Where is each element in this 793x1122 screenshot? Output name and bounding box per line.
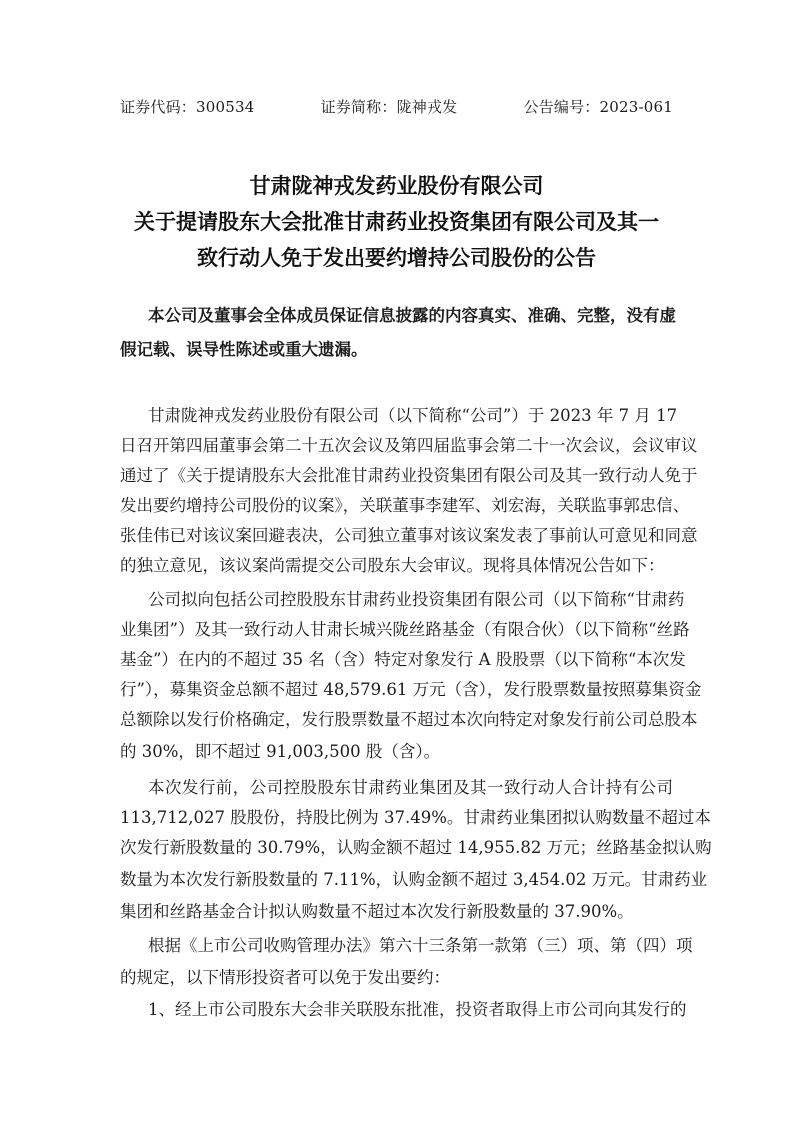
title-line-1: 甘肃陇神戎发药业股份有限公司 <box>0 170 793 200</box>
integrity-notice-line-2: 假记载、误导性陈述或重大遗漏。 <box>120 336 673 360</box>
text-line: 公司拟向包括公司控股股东甘肃药业投资集团有限公司（以下简称“甘肃药 <box>148 586 673 610</box>
stock-code: 证券代码：300534 <box>120 96 254 120</box>
text-line: 集团和丝路基金合计拟认购数量不超过本次发行新股数量的 37.90%。 <box>120 898 673 922</box>
text-line: 113,712,027 股股份，持股比例为 37.49%。甘肃药业集团拟认购数量… <box>120 804 673 828</box>
text-line: 本次发行前，公司控股股东甘肃药业集团及其一致行动人合计持有公司 <box>148 774 673 798</box>
text-line: 通过了《关于提请股东大会批准甘肃药业投资集团有限公司及其一致行动人免于 <box>120 462 673 486</box>
integrity-notice-line-1: 本公司及董事会全体成员保证信息披露的内容真实、准确、完整，没有虚 <box>148 302 673 326</box>
text-line: 1、经上市公司股东大会非关联股东批准，投资者取得上市公司向其发行的 <box>148 996 673 1020</box>
text-line: 甘肃陇神戎发药业股份有限公司（以下简称“公司”）于 2023 年 7 月 17 <box>148 402 673 426</box>
text-line: 根据《上市公司收购管理办法》第六十三条第一款第（三）项、第（四）项 <box>148 932 673 956</box>
title-line-3: 致行动人免于发出要约增持公司股份的公告 <box>0 242 793 272</box>
text-line: 张佳伟已对该议案回避表决，公司独立董事对该议案发表了事前认可意见和同意 <box>120 522 673 546</box>
title-line-2: 关于提请股东大会批准甘肃药业投资集团有限公司及其一 <box>0 206 793 236</box>
text-line: 业集团”）及其一致行动人甘肃长城兴陇丝路基金（有限合伙）（以下简称“丝路 <box>120 616 673 640</box>
text-line: 的规定，以下情形投资者可以免于发出要约： <box>120 964 673 988</box>
text-line: 行”），募集资金总额不超过 48,579.61 万元（含），发行股票数量按照募集… <box>120 676 673 700</box>
document-header: 证券代码：300534 证券简称：陇神戎发 公告编号：2023-061 <box>120 96 673 120</box>
text-line: 基金”）在内的不超过 35 名（含）特定对象发行 A 股股票（以下简称“本次发 <box>120 646 673 670</box>
text-line: 发出要约增持公司股份的议案》，关联董事李建军、刘宏海，关联监事郭忠信、 <box>120 492 673 516</box>
text-line: 日召开第四届董事会第二十五次会议及第四届监事会第二十一次会议，会议审议 <box>120 432 673 456</box>
text-line: 总额除以发行价格确定，发行股票数量不超过本次向特定对象发行前公司总股本 <box>120 706 673 730</box>
text-line: 的独立意见，该议案尚需提交公司股东大会审议。现将具体情况公告如下： <box>120 552 673 576</box>
notice-number: 公告编号：2023-061 <box>524 96 673 120</box>
text-line: 次发行新股数量的 30.79%，认购金额不超过 14,955.82 万元；丝路基… <box>120 834 673 858</box>
text-line: 的 30%，即不超过 91,003,500 股（含）。 <box>120 738 673 762</box>
text-line: 数量为本次发行新股数量的 7.11%，认购金额不超过 3,454.02 万元。甘… <box>120 866 673 890</box>
stock-abbreviation: 证券简称：陇神戎发 <box>321 96 458 120</box>
